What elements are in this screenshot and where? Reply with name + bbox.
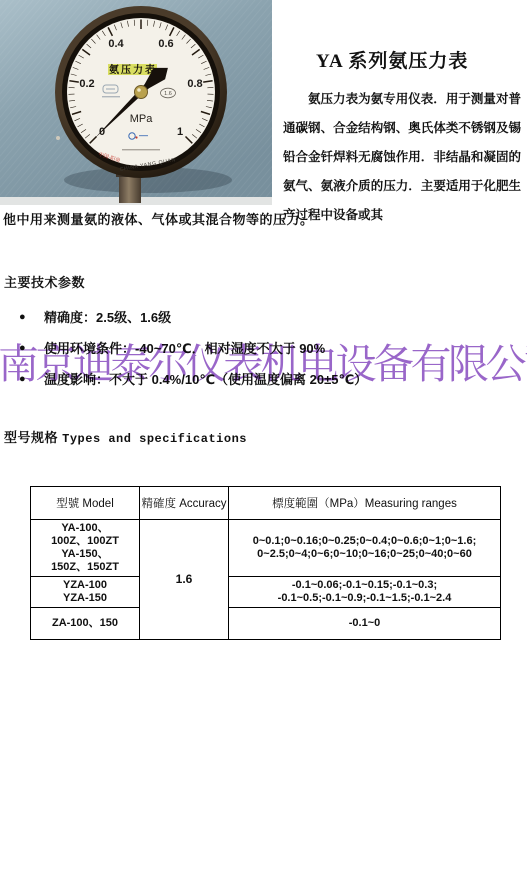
accuracy-cell: 1.6 — [140, 520, 229, 640]
needle-hub — [135, 86, 148, 99]
table-row: YA-100、 100Z、100ZT YA-150、 150Z、150ZT 1.… — [31, 520, 501, 577]
list-item: ● 精确度：2.5级、1.6级 — [0, 309, 520, 340]
types-heading-en: Types and specifications — [62, 432, 247, 446]
svg-text:1.6: 1.6 — [164, 91, 172, 97]
scale-label-1: 1 — [177, 126, 183, 138]
range-cell: -0.1~0.06;-0.1~0.15;-0.1~0.3; -0.1~0.5;-… — [229, 577, 501, 608]
range-line: -0.1~0 — [231, 617, 498, 630]
table-row: ZA-100、150 -0.1~0 — [31, 608, 501, 640]
bullet-text: 精确度：2.5级、1.6级 — [44, 309, 171, 326]
model-line: ZA-100、150 — [33, 617, 137, 630]
tech-params-list: ● 精确度：2.5级、1.6级 ● 使用环境条件：-40~70℃．相对湿度不大于… — [0, 309, 520, 402]
list-item: ● 使用环境条件：-40~70℃．相对湿度不大于 90% — [0, 340, 520, 371]
model-line: YZA-100 — [33, 579, 137, 592]
list-item: ● 温度影响：不大于 0.4%/10℃（使用温度偏离 20±5℃） — [0, 371, 520, 402]
page-title: YA 系列氨压力表 — [316, 46, 526, 73]
range-cell: -0.1~0 — [229, 608, 501, 640]
scale-label-0.2: 0.2 — [79, 78, 94, 90]
types-heading: 型号规格 Types and specifications — [4, 427, 247, 446]
bezel-screw — [56, 136, 60, 140]
types-heading-cn: 型号规格 — [4, 430, 58, 445]
model-line: YA-100、 — [33, 522, 137, 535]
scale-label-0.4: 0.4 — [108, 38, 124, 50]
gauge-photo: 0 0.2 0.4 0.6 0.8 1 氨压力表 MPa 1.6 — [0, 0, 272, 205]
bullet-icon: ● — [19, 309, 29, 326]
dial-microtext — [122, 149, 160, 150]
range-cell: 0~0.1;0~0.16;0~0.25;0~0.4;0~0.6;0~1;0~1.… — [229, 520, 501, 577]
model-line: 100Z、100ZT — [33, 535, 137, 548]
bullet-text: 使用环境条件：-40~70℃．相对湿度不大于 90% — [44, 340, 325, 357]
model-cell: ZA-100、150 — [31, 608, 140, 640]
model-line: 150Z、150ZT — [33, 561, 137, 574]
range-line: 0~2.5;0~4;0~6;0~10;0~16;0~25;0~40;0~60 — [231, 548, 498, 561]
model-cell: YZA-100 YZA-150 — [31, 577, 140, 608]
spec-table: 型號 Model 精確度 Accuracy 標度範圍（MPa）Measuring… — [30, 486, 501, 640]
table-row: YZA-100 YZA-150 -0.1~0.06;-0.1~0.15;-0.1… — [31, 577, 501, 608]
bullet-icon: ● — [19, 371, 29, 388]
col-header-model: 型號 Model — [31, 487, 140, 520]
col-header-ranges: 標度範圍（MPa）Measuring ranges — [229, 487, 501, 520]
bullet-icon: ● — [19, 340, 29, 357]
dial-title: 氨压力表 — [109, 63, 157, 76]
tech-params-heading: 主要技术参数 — [4, 272, 85, 291]
range-line: 0~0.1;0~0.16;0~0.25;0~0.4;0~0.6;0~1;0~1.… — [231, 535, 498, 548]
bullet-text: 温度影响：不大于 0.4%/10℃（使用温度偏离 20±5℃） — [44, 371, 367, 388]
range-line: -0.1~0.5;-0.1~0.9;-0.1~1.5;-0.1~2.4 — [231, 592, 498, 605]
scale-label-0.6: 0.6 — [158, 38, 173, 50]
dial-unit: MPa — [130, 113, 154, 125]
table-header-row: 型號 Model 精確度 Accuracy 標度範圍（MPa）Measuring… — [31, 487, 501, 520]
scale-label-0: 0 — [99, 126, 105, 138]
col-header-accuracy: 精確度 Accuracy — [140, 487, 229, 520]
model-line: YA-150、 — [33, 548, 137, 561]
range-line: -0.1~0.06;-0.1~0.15;-0.1~0.3; — [231, 579, 498, 592]
product-page: 0 0.2 0.4 0.6 0.8 1 氨压力表 MPa 1.6 — [0, 0, 527, 871]
model-cell: YA-100、 100Z、100ZT YA-150、 150Z、150ZT — [31, 520, 140, 577]
model-line: YZA-150 — [33, 592, 137, 605]
scale-label-0.8: 0.8 — [187, 78, 202, 90]
intro-paragraph-continuation: 他中用来测量氨的液体、气体或其混合物等的压力。 — [3, 209, 523, 228]
